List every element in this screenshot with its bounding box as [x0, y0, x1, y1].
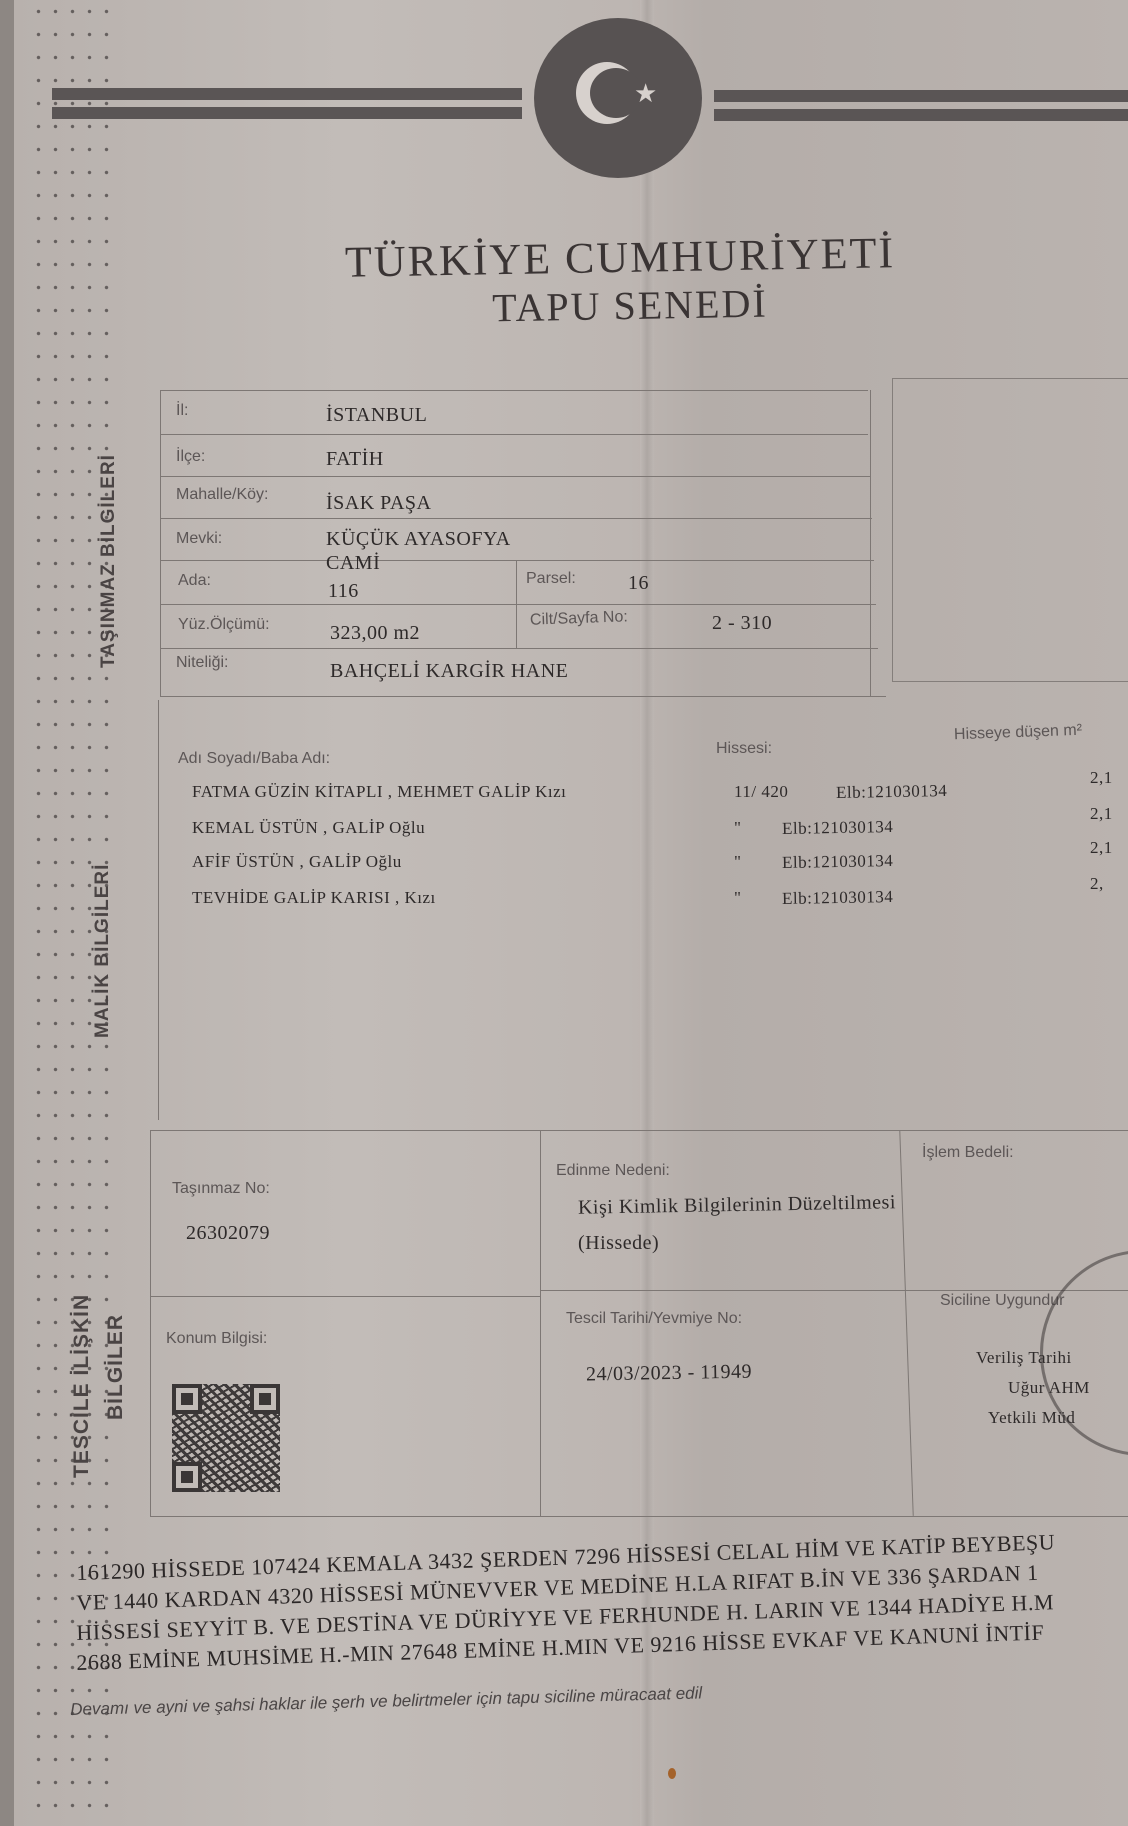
header-stripe-right-top — [714, 90, 1128, 102]
grid-line — [160, 476, 870, 477]
star-icon: ★ — [634, 80, 657, 106]
ilce-value: FATİH — [326, 448, 384, 471]
cilt-sayfa-label: Cilt/Sayfa No: — [530, 608, 628, 629]
country-title: TÜRKİYE CUMHURİYETİ — [330, 227, 911, 288]
grid-line — [160, 604, 876, 605]
owner-ref: Elb:121030134 — [782, 817, 894, 839]
owner-area: 2,1 — [1090, 768, 1113, 788]
parsel-value: 16 — [628, 572, 649, 595]
owner-name: FATMA GÜZİN KİTAPLI , MEHMET GALİP Kızı — [192, 782, 566, 802]
grid-line — [160, 560, 874, 561]
edinme-value-2: (Hissede) — [578, 1232, 659, 1255]
yuzolcumu-value: 323,00 m2 — [330, 622, 420, 645]
owner-share: " — [734, 818, 741, 838]
grid-line — [160, 696, 886, 697]
ada-value: 116 — [328, 580, 359, 603]
grid-line — [150, 1130, 1128, 1131]
owner-area: 2,1 — [1090, 838, 1113, 858]
grid-line — [150, 1130, 151, 1516]
section-label-property: TAŞINMAZ BİLGİLERİ — [98, 454, 120, 668]
owner-name-header: Adı Soyadı/Baba Adı: — [178, 750, 330, 768]
grid-line — [540, 1130, 541, 1516]
parsel-label: Parsel: — [526, 570, 576, 588]
section-label-registration-2: BİLGİLER — [104, 1314, 128, 1420]
owner-name: KEMAL ÜSTÜN , GALİP Oğlu — [192, 818, 425, 838]
grid-line — [160, 518, 872, 519]
qr-code-icon[interactable] — [172, 1384, 280, 1492]
grid-line — [150, 1516, 1128, 1517]
mevki-value-1: KÜÇÜK AYASOFYA — [326, 528, 511, 551]
owner-name: AFİF ÜSTÜN , GALİP Oğlu — [192, 852, 402, 872]
header-stripe-left-bottom — [52, 107, 522, 119]
yuzolcumu-label: Yüz.Ölçümü: — [178, 616, 270, 634]
qr-finder — [172, 1462, 202, 1492]
sicil-label: Siciline Uygundur — [940, 1292, 1065, 1310]
grid-line — [540, 1290, 1128, 1291]
ada-label: Ada: — [178, 572, 211, 590]
qr-finder — [250, 1384, 280, 1414]
mevki-label: Mevki: — [176, 530, 222, 548]
tasinmaz-no-value: 26302079 — [186, 1222, 270, 1245]
grid-line — [160, 390, 161, 696]
owner-share: " — [734, 852, 741, 872]
owner-ref: Elb:121030134 — [782, 887, 894, 909]
niteligi-value: BAHÇELİ KARGİR HANE — [330, 660, 568, 683]
owner-share: 11/ 420 — [734, 782, 788, 802]
section-label-owner: MALİK BİLGİLERİ — [92, 864, 114, 1038]
il-value: İSTANBUL — [326, 404, 427, 427]
grid-line — [516, 560, 517, 648]
grid-line — [158, 700, 159, 1120]
edinme-label: Edinme Nedeni: — [556, 1162, 670, 1180]
section-label-registration-1: TESCİLE İLİŞKİN — [70, 1294, 94, 1478]
il-label: İl: — [176, 402, 188, 420]
crescent-star-emblem-icon: ★ — [534, 18, 702, 178]
konum-label: Konum Bilgisi: — [166, 1330, 267, 1348]
niteligi-label: Niteliği: — [176, 654, 228, 672]
owner-share-header: Hissesi: — [716, 740, 772, 758]
owner-area: 2,1 — [1090, 804, 1113, 824]
cilt-sayfa-value: 2 - 310 — [712, 612, 772, 635]
mevki-value-2: CAMİ — [326, 552, 380, 575]
crescent-icon — [576, 62, 638, 124]
tescil-value: 24/03/2023 - 11949 — [586, 1361, 752, 1387]
owner-share: " — [734, 888, 741, 908]
owner-name: TEVHİDE GALİP KARISI , Kızı — [192, 888, 436, 908]
mahalle-value: İSAK PAŞA — [326, 492, 431, 515]
islem-bedeli-label: İşlem Bedeli: — [922, 1144, 1014, 1162]
grid-line — [150, 1296, 540, 1297]
rust-stain — [668, 1768, 676, 1779]
header-stripe-left-top — [52, 88, 522, 100]
document-title: TAPU SENEDİ — [460, 279, 801, 332]
grid-line — [160, 648, 878, 649]
mahalle-label: Mahalle/Köy: — [176, 486, 269, 504]
owner-area: 2, — [1090, 874, 1104, 894]
header-stripe-right-bottom — [714, 109, 1128, 121]
empty-box — [892, 378, 1128, 682]
owner-ref: Elb:121030134 — [782, 851, 894, 873]
tescil-label: Tescil Tarihi/Yevmiye No: — [566, 1310, 742, 1328]
grid-line — [870, 390, 871, 696]
ilce-label: İlçe: — [176, 448, 205, 466]
grid-line — [160, 390, 868, 391]
tasinmaz-no-label: Taşınmaz No: — [172, 1180, 270, 1198]
grid-line — [160, 434, 868, 435]
qr-finder — [172, 1384, 202, 1414]
owner-ref: Elb:121030134 — [836, 781, 948, 803]
